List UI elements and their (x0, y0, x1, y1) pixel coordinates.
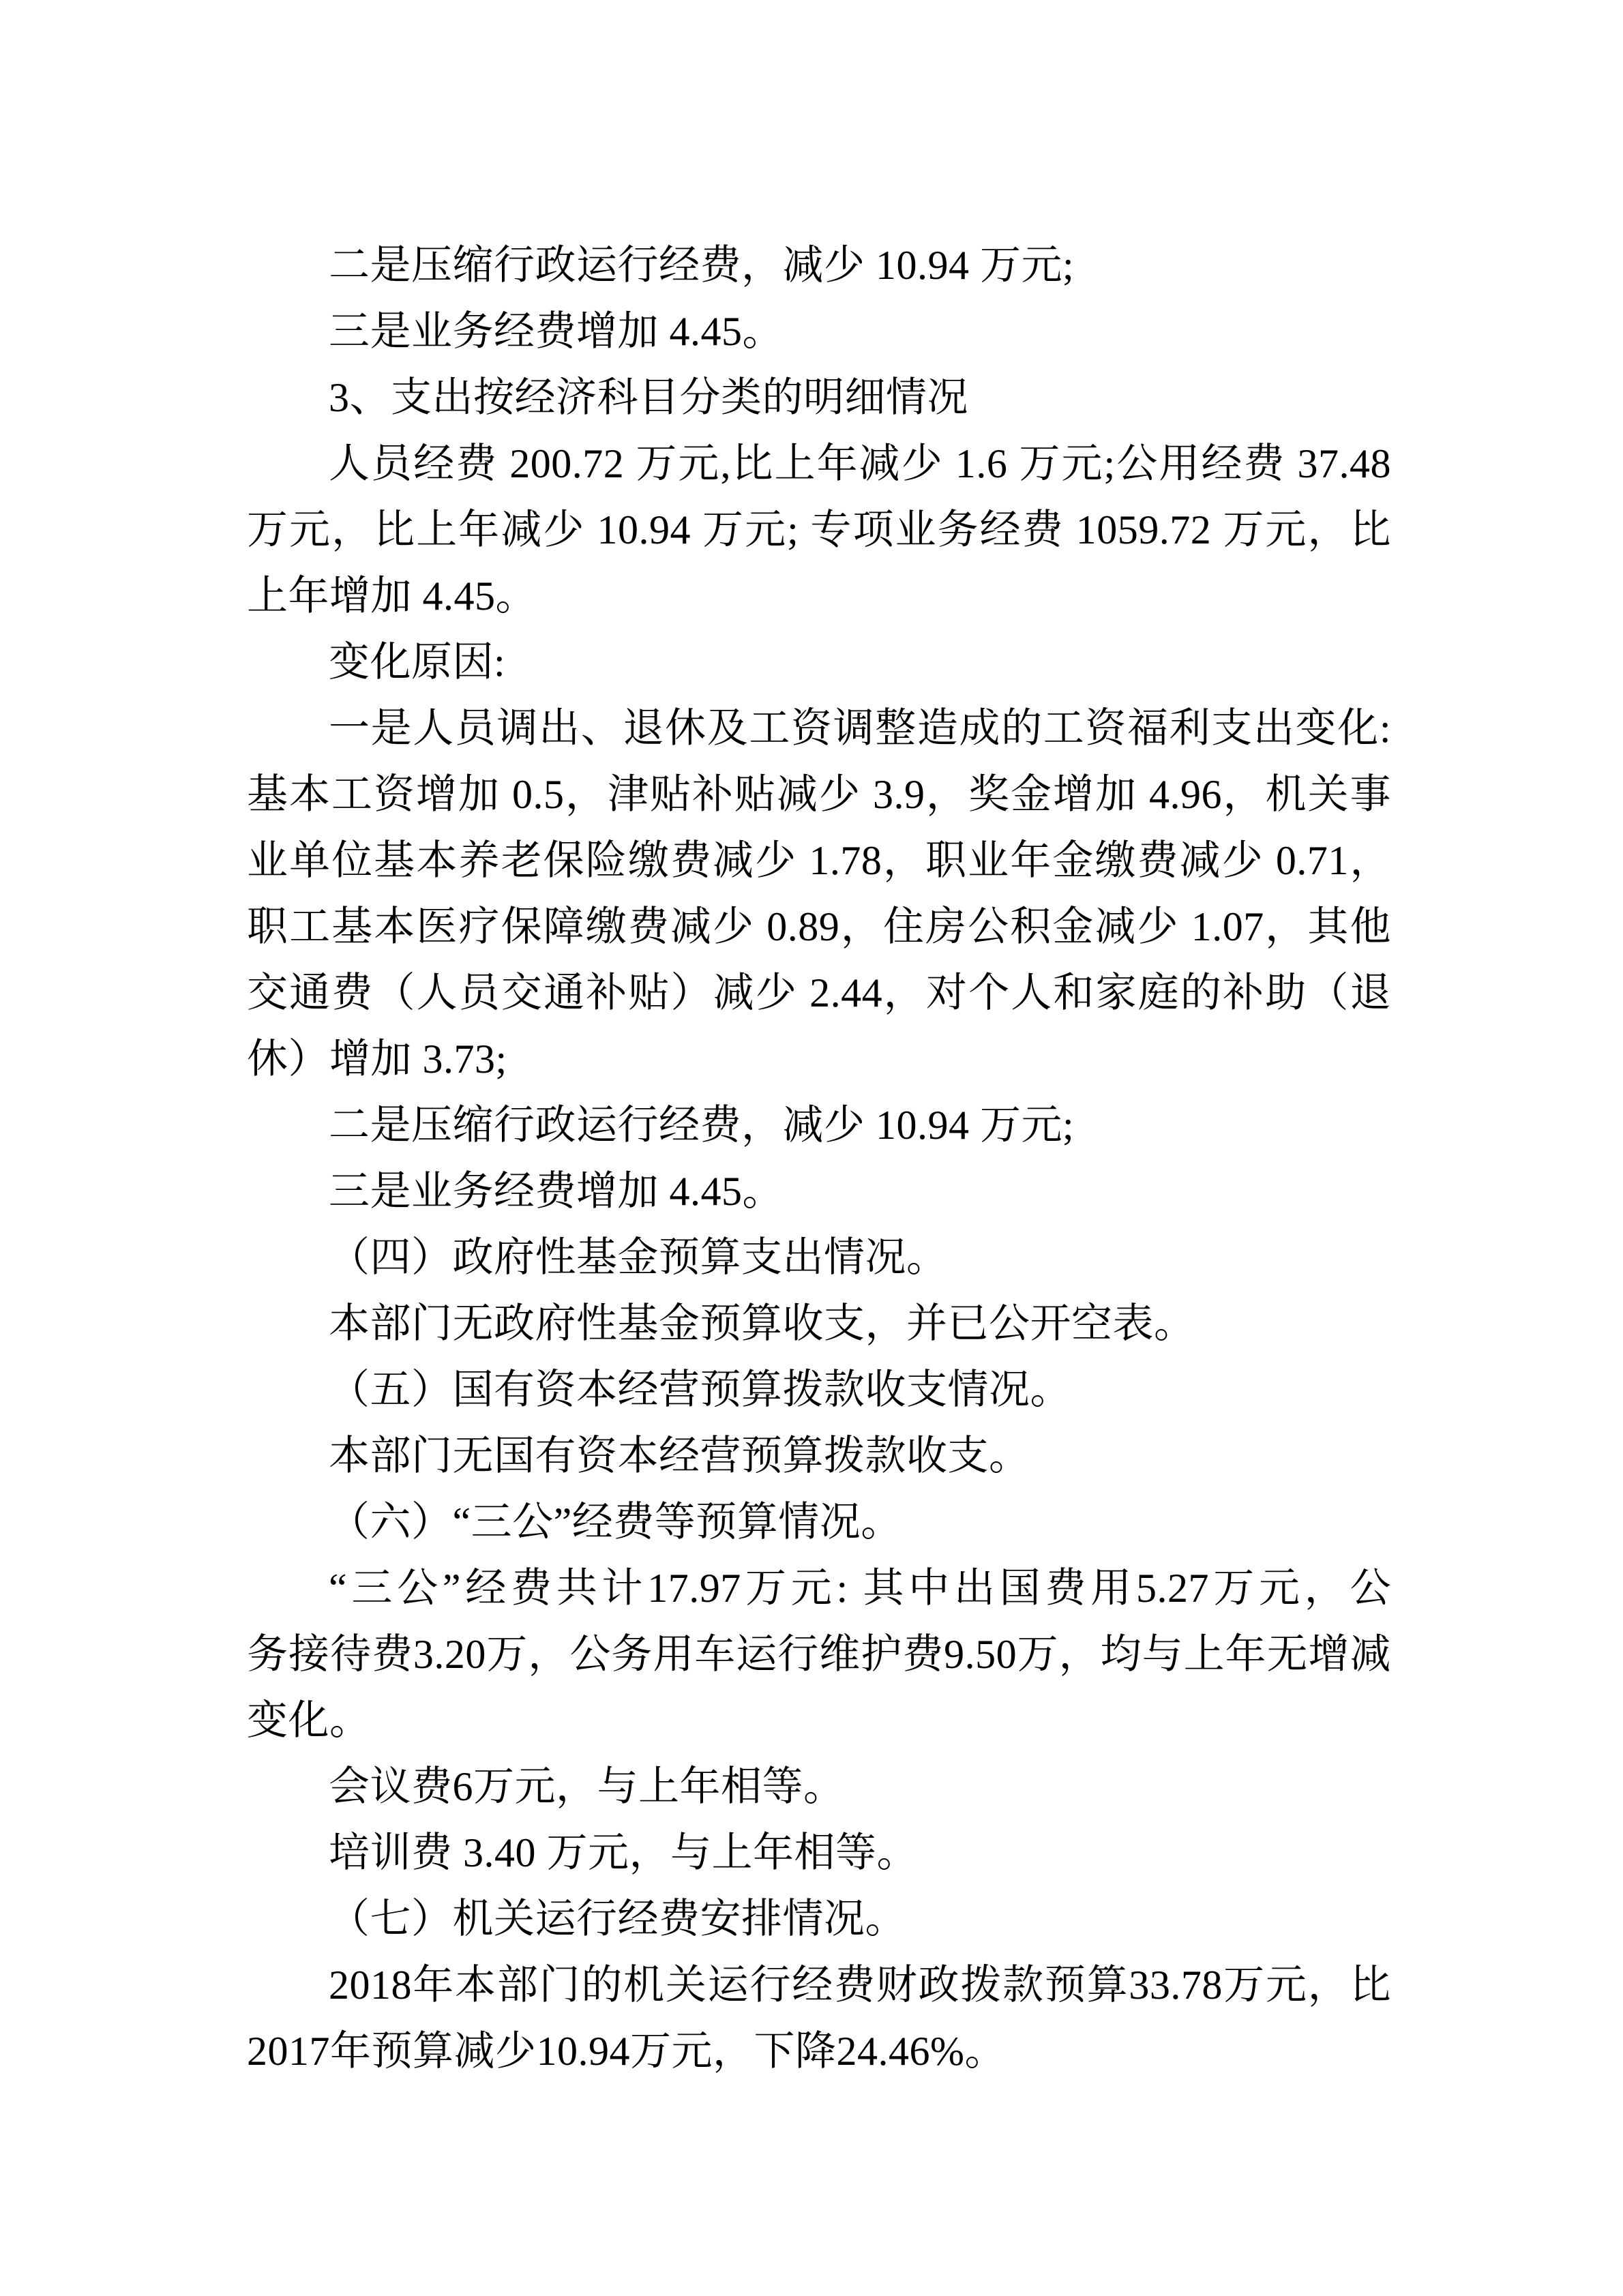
text-line: 2017年预算减少10.94万元，下降24.46%。 (247, 2018, 1391, 2085)
document-text-block: 二是压缩行政运行经费，减少 10.94 万元;三是业务经费增加 4.45。3、支… (247, 233, 1391, 2085)
text-line: 务接待费3.20万，公务用车运行维护费9.50万，均与上年无增减 (247, 1622, 1391, 1688)
text-line: （六）“三公”经费等预算情况。 (247, 1489, 1391, 1555)
text-line: 基本工资增加 0.5，津贴补贴减少 3.9，奖金增加 4.96，机关事 (247, 762, 1391, 828)
text-line: 培训费 3.40 万元，与上年相等。 (247, 1820, 1391, 1886)
text-line: 一是人员调出、退休及工资调整造成的工资福利支出变化: (247, 696, 1391, 762)
text-line: 二是压缩行政运行经费，减少 10.94 万元; (247, 233, 1391, 299)
text-line: （五）国有资本经营预算拨款收支情况。 (247, 1357, 1391, 1423)
text-line: 本部门无国有资本经营预算拨款收支。 (247, 1423, 1391, 1489)
text-line: 人员经费 200.72 万元,比上年减少 1.6 万元;公用经费 37.48 (247, 431, 1391, 497)
text-line: 二是压缩行政运行经费，减少 10.94 万元; (247, 1092, 1391, 1159)
text-line: 3、支出按经济科目分类的明细情况 (247, 365, 1391, 431)
text-line: 万元，比上年减少 10.94 万元; 专项业务经费 1059.72 万元，比 (247, 497, 1391, 563)
text-line: 三是业务经费增加 4.45。 (247, 1159, 1391, 1225)
text-line: 变化。 (247, 1688, 1391, 1754)
text-line: 变化原因: (247, 629, 1391, 696)
text-line: 2018年本部门的机关运行经费财政拨款预算33.78万元，比 (247, 1952, 1391, 2018)
text-line: 本部门无政府性基金预算收支，并已公开空表。 (247, 1291, 1391, 1357)
text-line: 业单位基本养老保险缴费减少 1.78，职业年金缴费减少 0.71， (247, 828, 1391, 894)
text-line: 上年增加 4.45。 (247, 563, 1391, 629)
text-line: 职工基本医疗保障缴费减少 0.89，住房公积金减少 1.07，其他 (247, 894, 1391, 960)
text-line: 休）增加 3.73; (247, 1026, 1391, 1092)
text-line: （四）政府性基金预算支出情况。 (247, 1225, 1391, 1291)
text-line: 交通费（人员交通补贴）减少 2.44，对个人和家庭的补助（退 (247, 960, 1391, 1026)
document-page: 二是压缩行政运行经费，减少 10.94 万元;三是业务经费增加 4.45。3、支… (0, 0, 1623, 2296)
text-line: （七）机关运行经费安排情况。 (247, 1886, 1391, 1952)
text-line: 会议费6万元，与上年相等。 (247, 1754, 1391, 1820)
text-line: “三公”经费共计17.97万元: 其中出国费用5.27万元，公 (247, 1555, 1391, 1622)
text-line: 三是业务经费增加 4.45。 (247, 299, 1391, 365)
